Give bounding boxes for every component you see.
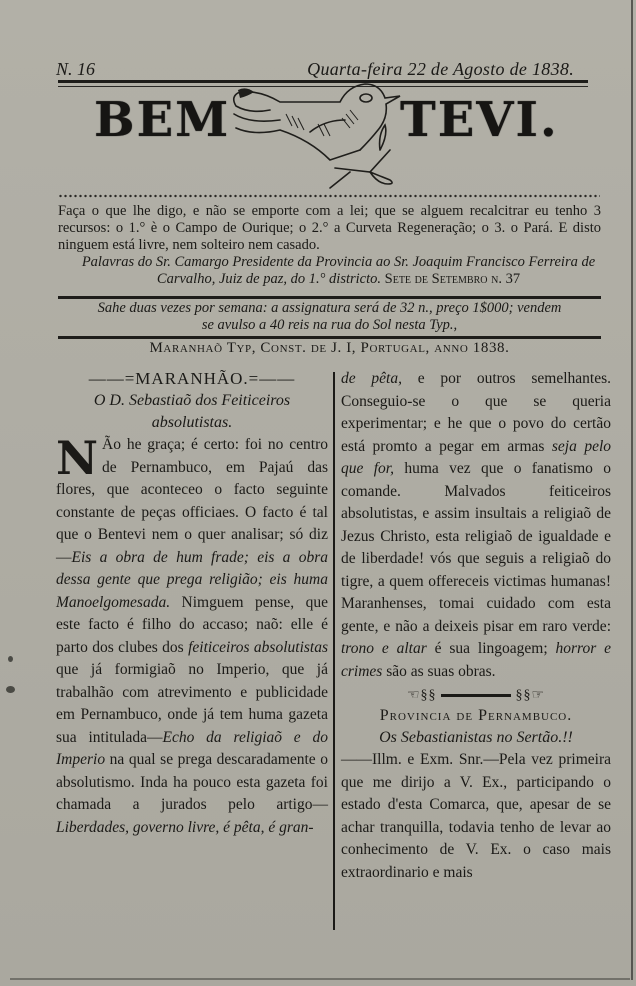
title-bem: BEM	[94, 92, 230, 148]
title-tevi: TEVI.	[400, 92, 559, 148]
page-edge-bottom	[10, 978, 630, 980]
right-column: de pêta, e por outros semelhantes. Conse…	[341, 368, 611, 884]
article-title: O D. Sebastiaõ dos Feiticeiros absolutis…	[56, 390, 328, 434]
newspaper-page: N. 16 Quarta-feira 22 de Agosto de 1838.…	[0, 0, 636, 986]
letter-body: ——Illm. e Exm. Snr.—Pela vez primeira qu…	[341, 749, 611, 884]
page-edge-right	[631, 0, 633, 980]
subscription-rule-bottom	[58, 336, 601, 339]
ornamental-dotted-rule	[58, 193, 600, 199]
subscription-rule-top	[58, 296, 601, 299]
article-body: NÃo he graça; é certo: foi no centro de …	[56, 434, 328, 839]
imprint-line: Maranhaõ Typ, Const. de J. I, Portugal, …	[58, 340, 601, 357]
subscription-line-1: Sahe duas vezes por semana: a assignatur…	[58, 300, 601, 317]
issue-date: Quarta-feira 22 de Agosto de 1838.	[307, 59, 574, 80]
attribution-source: Sete de Setembro n. 37	[385, 271, 520, 287]
article-body-continued: de pêta, e por outros semelhantes. Conse…	[341, 368, 611, 683]
issue-number: N. 16	[56, 59, 95, 80]
section-heading-maranhao: ——=MARANHÃO.=——	[56, 368, 328, 390]
section-ornament-icon: ☜§§ §§☞	[341, 687, 611, 705]
bird-illustration-icon	[220, 80, 410, 190]
left-column: ——=MARANHÃO.=—— O D. Sebastiaõ dos Feiti…	[56, 368, 328, 839]
masthead-top-line: N. 16 Quarta-feira 22 de Agosto de 1838.	[56, 55, 574, 77]
column-divider	[333, 372, 335, 930]
epigraph-attribution: Palavras do Sr. Camargo Presidente da Pr…	[76, 254, 601, 288]
ink-smudge	[6, 686, 15, 693]
subscription-notice: Sahe duas vezes por semana: a assignatur…	[58, 300, 601, 334]
subscription-line-2: se avulso a 40 reis na rua do Sol nesta …	[58, 317, 601, 334]
dropcap-letter: N	[56, 438, 98, 478]
article-subtitle: Os Sebastianistas no Sertão.!!	[341, 727, 611, 749]
section-heading-pernambuco: Provincia de Pernambuco.	[341, 705, 611, 727]
ink-smudge	[8, 656, 13, 662]
epigraph-quote: Faça o que lhe digo, e não se emporte co…	[58, 203, 601, 254]
